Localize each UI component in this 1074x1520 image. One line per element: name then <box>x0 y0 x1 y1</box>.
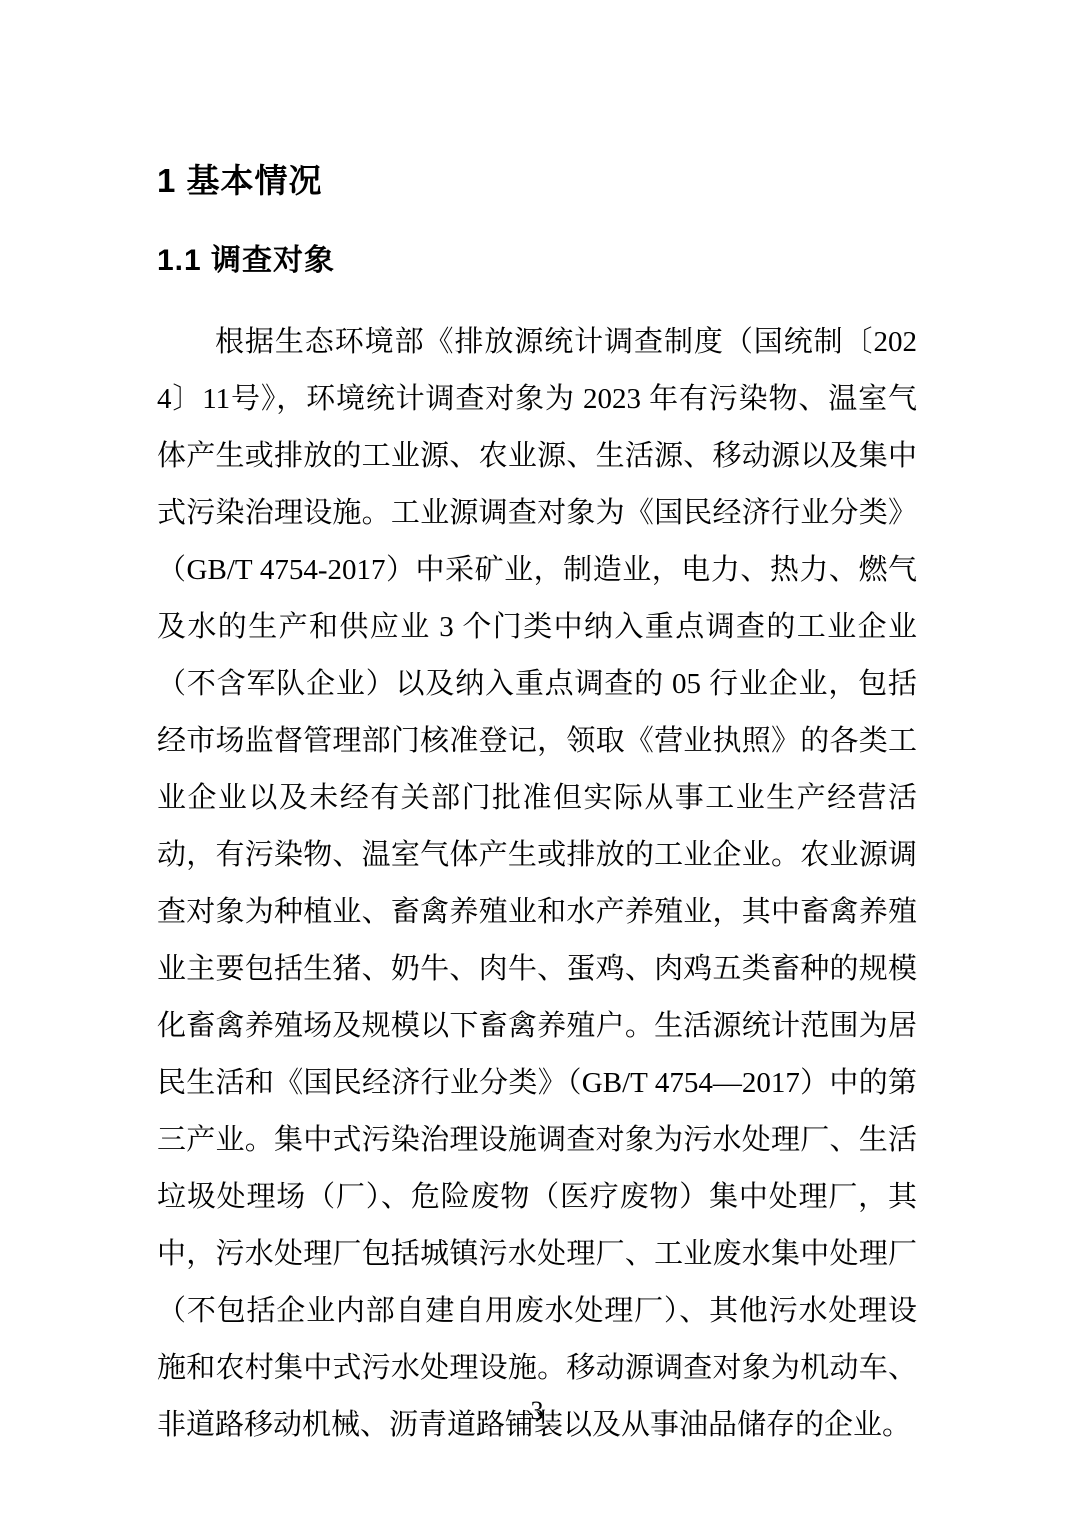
body-paragraph: 根据生态环境部《排放源统计调查制度（国统制〔2024〕11号》，环境统计调查对象… <box>157 314 917 1454</box>
page-number: 3 <box>0 1396 1074 1426</box>
subsection-heading: 1.1 调查对象 <box>157 244 917 278</box>
page-content: 1 基本情况 1.1 调查对象 根据生态环境部《排放源统计调查制度（国统制〔20… <box>157 162 917 1454</box>
section-heading: 1 基本情况 <box>157 162 917 200</box>
document-page: 1 基本情况 1.1 调查对象 根据生态环境部《排放源统计调查制度（国统制〔20… <box>0 0 1074 1520</box>
